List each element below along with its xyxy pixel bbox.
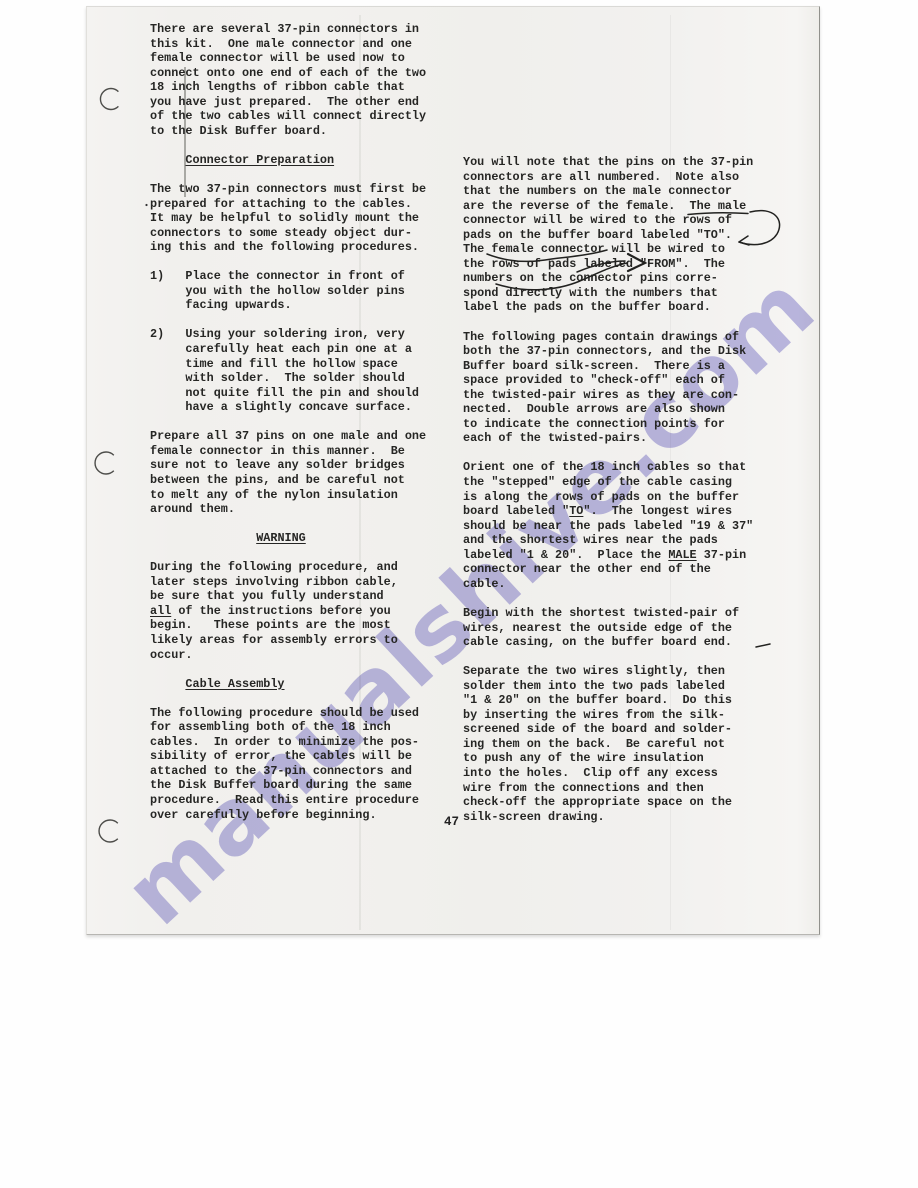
page-number: 47 [444,815,459,829]
scanned-document-page: manualshive.com There are several 37-pin… [0,0,918,1188]
left-column-text: There are several 37-pin connectors in t… [150,22,426,822]
right-column-text: You will note that the pins on the 37-pi… [463,155,753,824]
